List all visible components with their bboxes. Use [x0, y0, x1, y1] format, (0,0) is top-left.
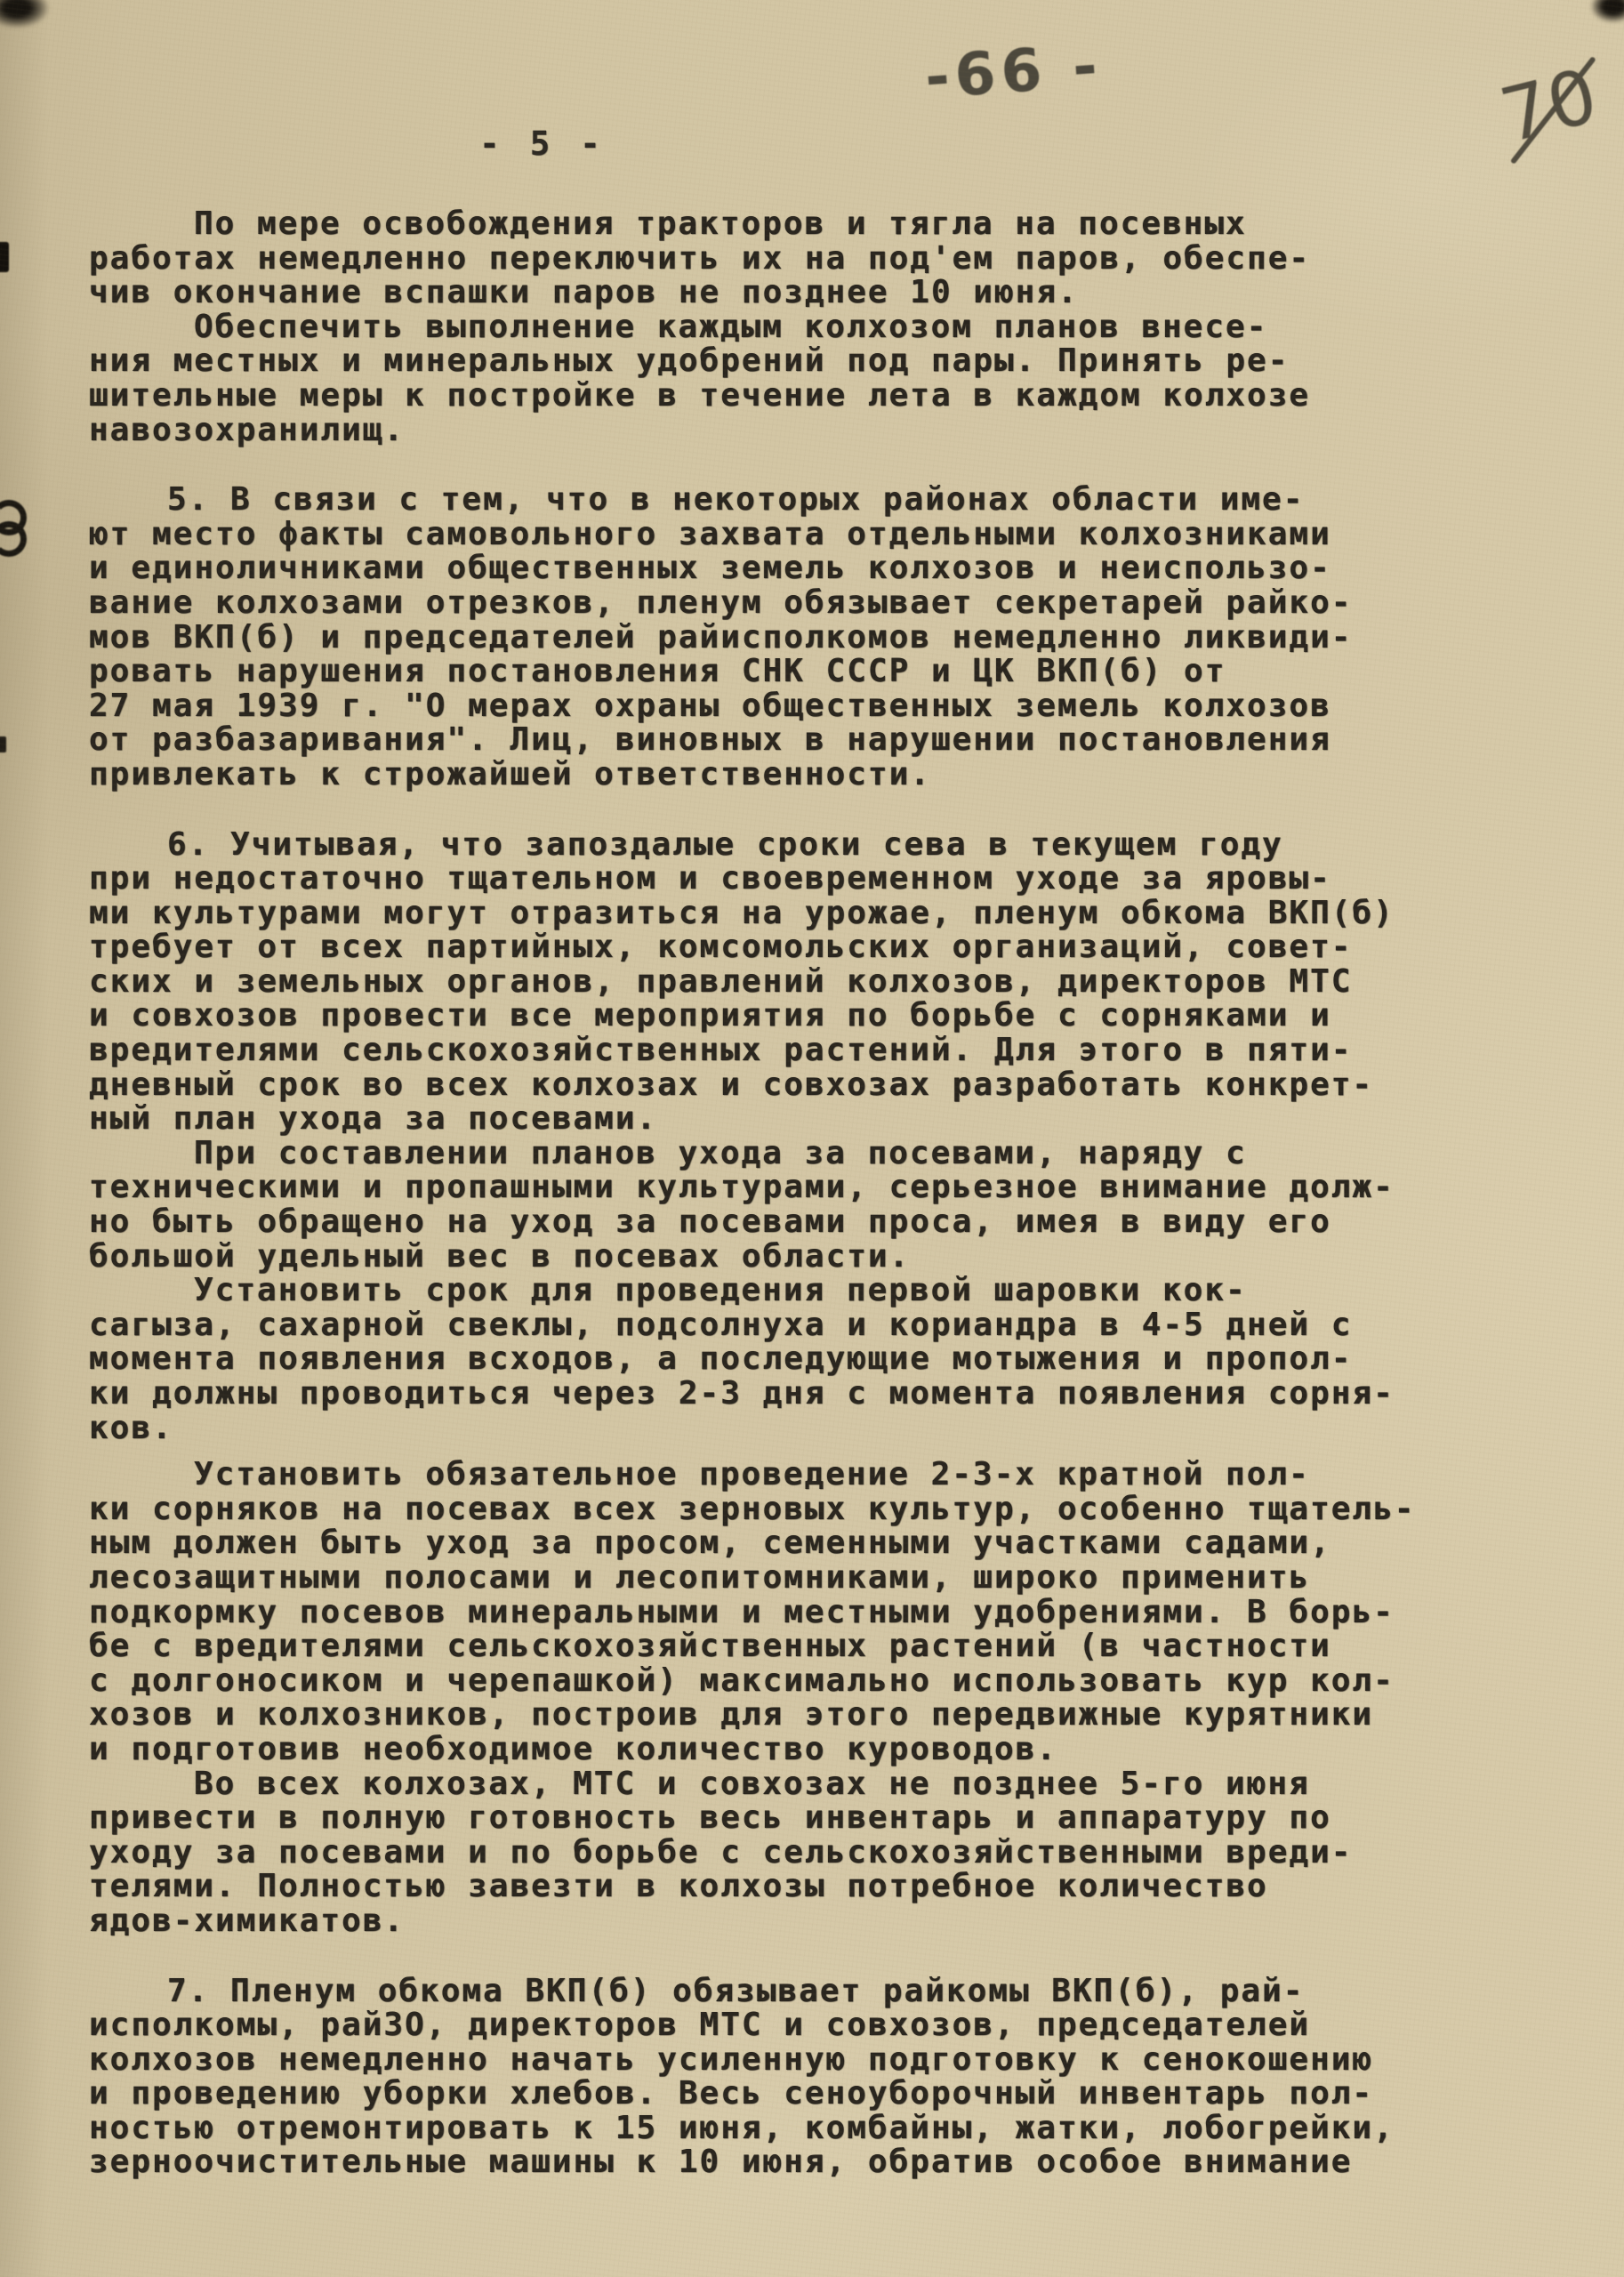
paragraph: Установить обязательное проведение 2-3-х…	[89, 1458, 1548, 1766]
text-line: ских и земельных органов, правлений колх…	[89, 965, 1548, 1000]
text-line: навозохранилищ.	[89, 414, 1548, 448]
scanned-page: -66 - 70 - 5 - По мере освобождения трак…	[0, 0, 1624, 2277]
text-line: Установить обязательное проведение 2-3-х…	[89, 1458, 1548, 1493]
text-line: мов ВКП(б) и председателей райисполкомов…	[89, 621, 1548, 656]
text-line: ков.	[89, 1412, 1548, 1446]
text-line: хозов и колхозников, построив для этого …	[89, 1698, 1548, 1733]
text-line: требует от всех партийных, комсомольских…	[89, 930, 1548, 965]
text-line: лесозащитными полосами и лесопитомниками…	[89, 1561, 1548, 1596]
text-line: ный план ухода за посевами.	[89, 1102, 1548, 1137]
text-line: ядов-химикатов.	[89, 1904, 1548, 1939]
text-line: 6. Учитывая, что запоздалые сроки сева в…	[89, 828, 1548, 863]
paragraph: Обеспечить выполнение каждым колхозом пл…	[89, 310, 1548, 447]
text-line: ностью отремонтировать к 15 июня, комбай…	[89, 2112, 1548, 2146]
paragraph: 7. Пленум обкома ВКП(б) обязывает райком…	[89, 1975, 1548, 2181]
text-line: чив окончание вспашки паров не позднее 1…	[89, 276, 1548, 310]
text-line: и единоличниками общественных земель кол…	[89, 551, 1548, 586]
text-line: Обеспечить выполнение каждым колхозом пл…	[89, 310, 1548, 345]
text-line: с долгоносиком и черепашкой) максимально…	[89, 1664, 1548, 1699]
text-line: и проведению уборки хлебов. Весь сеноубо…	[89, 2077, 1548, 2112]
text-line: привлекать к строжайшей ответственности.	[89, 758, 1548, 793]
paragraph: 6. Учитывая, что запоздалые сроки сева в…	[89, 828, 1548, 1137]
paragraph: При составлении планов ухода за посевами…	[89, 1137, 1548, 1274]
text-line: ми культурами могут отразиться на урожае…	[89, 897, 1548, 931]
paragraph: 5. В связи с тем, что в некоторых района…	[89, 483, 1548, 792]
text-line: вание колхозами отрезков, пленум обязыва…	[89, 586, 1548, 621]
text-line: дневный срок во всех колхозах и совхозах…	[89, 1068, 1548, 1103]
text-line: зерноочистительные машины к 10 июня, обр…	[89, 2145, 1548, 2180]
document-body: По мере освобождения тракторов и тягла н…	[89, 207, 1548, 2180]
text-line: При составлении планов ухода за посевами…	[89, 1137, 1548, 1171]
text-line: 5. В связи с тем, что в некоторых района…	[89, 483, 1548, 518]
text-line: большой удельный вес в посевах области.	[89, 1240, 1548, 1275]
text-line: ют место факты самовольного захвата отде…	[89, 518, 1548, 552]
text-line: и подготовив необходимое количество куро…	[89, 1733, 1548, 1767]
text-line: 27 мая 1939 г. "О мерах охраны обществен…	[89, 689, 1548, 724]
text-line: ния местных и минеральных удобрений под …	[89, 344, 1548, 379]
text-line: Во всех колхозах, МТС и совхозах не позд…	[89, 1767, 1548, 1802]
text-line: от разбазаривания". Лиц, виновных в нару…	[89, 723, 1548, 758]
text-line: при недостаточно тщательном и своевремен…	[89, 862, 1548, 897]
text-line: вредителями сельскохозяйственных растени…	[89, 1034, 1548, 1068]
text-line: сагыза, сахарной свеклы, подсолнуха и ко…	[89, 1308, 1548, 1343]
edge-ink-squiggle	[0, 500, 18, 546]
text-line: ки должны проводиться через 2-3 дня с мо…	[89, 1377, 1548, 1412]
edge-ink-mark	[0, 242, 9, 272]
crossed-out-number: 70	[1492, 52, 1605, 160]
text-line: 7. Пленум обкома ВКП(б) обязывает райком…	[89, 1975, 1548, 2009]
ink-blob-top-right	[1590, 0, 1624, 23]
paragraph: Во всех колхозах, МТС и совхозах не позд…	[89, 1767, 1548, 1939]
text-line: исполкомы, райЗО, директоров МТС и совхо…	[89, 2008, 1548, 2043]
text-line: подкормку посевов минеральными и местным…	[89, 1596, 1548, 1630]
paragraph: Установить срок для проведения первой ша…	[89, 1274, 1548, 1445]
text-line: шительные меры к постройке в течение лет…	[89, 379, 1548, 414]
typed-page-number: - 5 -	[462, 125, 623, 163]
text-line: уходу за посевами и по борьбе с сельскох…	[89, 1836, 1548, 1871]
text-line: ровать нарушения постановления СНК СССР …	[89, 655, 1548, 689]
text-line: привести в полную готовность весь инвент…	[89, 1801, 1548, 1836]
text-line: и совхозов провести все мероприятия по б…	[89, 999, 1548, 1034]
paragraph: По мере освобождения тракторов и тягла н…	[89, 207, 1548, 310]
edge-ink-tick	[0, 736, 6, 752]
text-line: бе с вредителями сельскохозяйственных ра…	[89, 1629, 1548, 1664]
text-line: работах немедленно переключить их на под…	[89, 242, 1548, 277]
text-line: телями. Полностью завезти в колхозы потр…	[89, 1870, 1548, 1904]
text-line: момента появления всходов, а последующие…	[89, 1342, 1548, 1377]
ink-blob-top-left	[0, 0, 50, 28]
text-line: но быть обращено на уход за посевами про…	[89, 1205, 1548, 1240]
text-line: ным должен быть уход за просом, семенным…	[89, 1526, 1548, 1561]
text-line: колхозов немедленно начать усиленную под…	[89, 2043, 1548, 2078]
text-line: По мере освобождения тракторов и тягла н…	[89, 207, 1548, 242]
text-line: ки сорняков на посевах всех зерновых кул…	[89, 1493, 1548, 1527]
text-line: техническими и пропашными культурами, се…	[89, 1171, 1548, 1205]
handwritten-page-number: -66 -	[923, 31, 1105, 112]
text-line: Установить срок для проведения первой ша…	[89, 1274, 1548, 1308]
